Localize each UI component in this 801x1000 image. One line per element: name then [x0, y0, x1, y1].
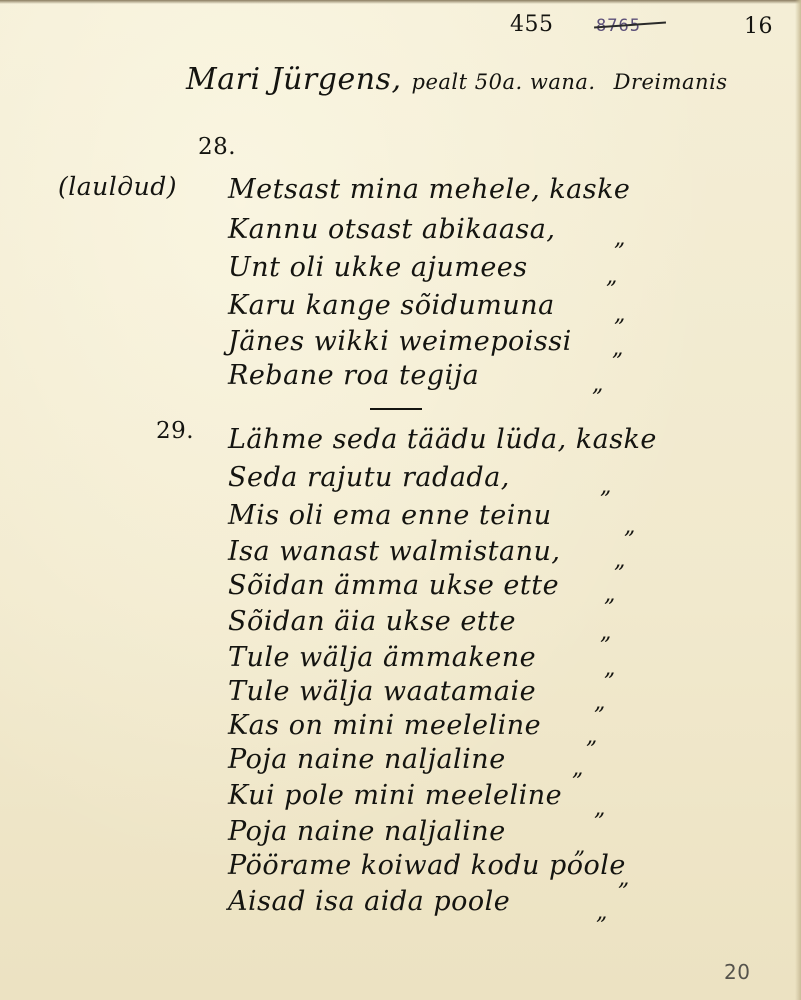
verse-line: Tule wälja waatamaie	[228, 676, 536, 707]
singer-details: pealt 50a. wana.	[412, 70, 596, 94]
archive-number: 455	[510, 12, 554, 37]
ditto-mark: „	[600, 620, 611, 645]
ditto-mark: „	[594, 690, 605, 715]
ditto-mark: „	[614, 226, 625, 251]
ditto-mark: „	[594, 796, 605, 821]
ditto-mark: „	[596, 900, 607, 925]
place-name: Dreimanis	[614, 70, 728, 94]
verse-line: Aisad isa aida poole	[228, 886, 510, 917]
title-line: Mari Jürgens, pealt 50a. wana. Dreimanis	[186, 62, 728, 97]
verse-line: Rebane roa tegija	[228, 360, 479, 391]
song-divider	[370, 408, 422, 410]
song-number-29: 29.	[156, 418, 194, 444]
verse-line: Sõidan ämma ukse ette	[228, 570, 559, 601]
verse-line: Mis oli ema enne teinu	[228, 500, 552, 531]
page-top-shadow	[0, 0, 801, 4]
ditto-mark: „	[586, 724, 597, 749]
ditto-mark: „	[600, 474, 611, 499]
verse-line: Poja naine naljaline	[228, 744, 506, 775]
ditto-mark: „	[604, 582, 615, 607]
song-number-28: 28.	[198, 134, 236, 160]
verse-line: Tule wälja ämmakene	[228, 642, 536, 673]
ditto-mark: „	[618, 866, 629, 891]
verse-line: Isa wanast walmistanu,	[228, 536, 560, 567]
ditto-mark: „	[614, 302, 625, 327]
verse-line: Kannu otsast abikaasa,	[228, 214, 555, 245]
ditto-mark: „	[614, 548, 625, 573]
ditto-mark: „	[606, 264, 617, 289]
verse-line: Poja naine naljaline	[228, 816, 506, 847]
verse-line: Lähme seda täädu lüda, kaske	[228, 424, 657, 455]
verse-line: Seda rajutu radada,	[228, 462, 510, 493]
page-number: 16	[744, 14, 773, 39]
ditto-mark: „	[624, 514, 635, 539]
ditto-mark: „	[572, 756, 583, 781]
page-right-edge	[795, 0, 801, 1000]
singer-name: Mari Jürgens,	[186, 62, 401, 97]
genre-note: (laulдud)	[58, 172, 177, 201]
pencil-page-number: 20	[724, 960, 750, 984]
ditto-mark: „	[592, 372, 603, 397]
verse-line: Metsast mina mehele, kaske	[228, 174, 630, 205]
verse-line: Karu kange sõidumuna	[228, 290, 555, 321]
manuscript-page: 455 8765 16 Mari Jürgens, pealt 50a. wan…	[0, 0, 801, 1000]
verse-line: Kas on mini meeleline	[228, 710, 541, 741]
verse-line: Sõidan äia ukse ette	[228, 606, 516, 637]
verse-line: Unt oli ukke ajumees	[228, 252, 528, 283]
verse-line: Jänes wikki weimepoissi	[228, 326, 572, 357]
verse-line: Pöörame koiwad kodu poole	[228, 850, 626, 881]
ditto-mark: „	[604, 656, 615, 681]
verse-line: Kui pole mini meeleline	[228, 780, 562, 811]
ditto-mark: „	[612, 336, 623, 361]
